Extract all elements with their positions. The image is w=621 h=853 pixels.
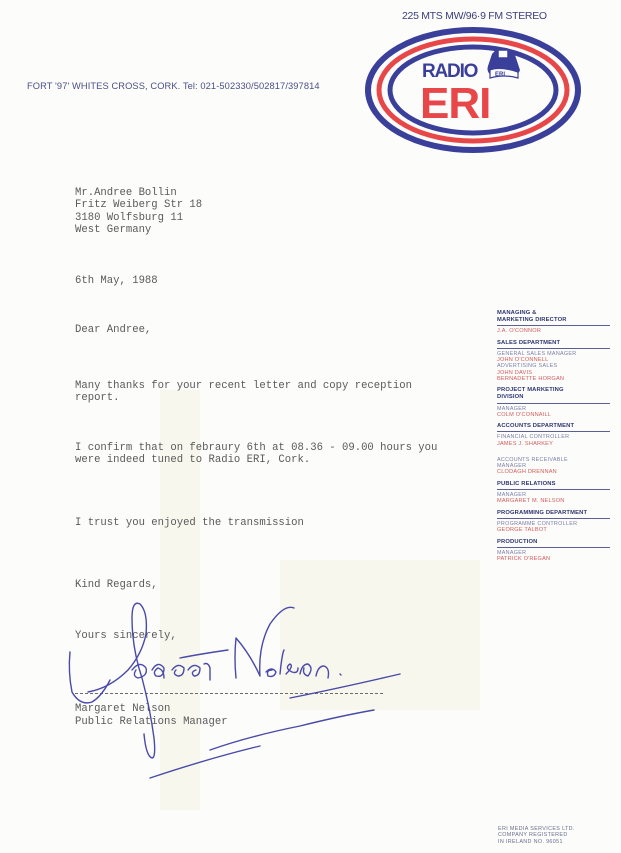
body-paragraph: I trust you enjoyed the transmission [75, 517, 304, 529]
section-production: PRODUCTION MANAGER PATRICK O'REGAN [497, 539, 610, 563]
section-title: PUBLIC RELATIONS [497, 481, 610, 490]
staff-name: J.A. O'CONNOR [497, 328, 610, 334]
section-public-relations: PUBLIC RELATIONS MANAGER MARGARET M. NEL… [497, 481, 610, 505]
staff-role: ACCOUNTS RECEIVABLE MANAGER [497, 457, 610, 469]
section-accounts: ACCOUNTS DEPARTMENT FINANCIAL CONTROLLER… [497, 423, 610, 476]
company-registration-footer: ERI MEDIA SERVICES LTD. COMPANY REGISTER… [498, 826, 575, 845]
staff-name: PATRICK O'REGAN [497, 556, 610, 562]
signature-dashed-line [75, 693, 383, 694]
section-title: SALES DEPARTMENT [497, 340, 610, 349]
letter-page: 225 MTS MW/96·9 FM STEREO FORT '97' WHIT… [0, 0, 621, 853]
svg-text:ERI: ERI [495, 72, 505, 78]
section-title: MANAGING & MARKETING DIRECTOR [497, 310, 610, 326]
section-managing-director: MANAGING & MARKETING DIRECTOR J.A. O'CON… [497, 310, 610, 335]
letter-date: 6th May, 1988 [75, 275, 158, 287]
footer-line: IN IRELAND NO. 96051 [498, 839, 575, 845]
recipient-line: Fritz Weiberg Str 18 [75, 199, 202, 211]
staff-name: GEORGE TALBOT [497, 527, 610, 533]
staff-name: COLM O'CONNAILL [497, 412, 610, 418]
signatory-title: Public Relations Manager [75, 716, 228, 728]
salutation: Dear Andree, [75, 324, 151, 336]
recipient-line: West Germany [75, 224, 151, 236]
logo-eri-text: ERI [420, 79, 490, 128]
recipient-address: Mr.Andree Bollin Fritz Weiberg Str 18 31… [75, 187, 202, 237]
staff-name: CLODAGH DRENNAN [497, 469, 610, 475]
paper-bleed-through [280, 560, 480, 710]
section-title: PROJECT MARKETING DIVISION [497, 387, 610, 403]
closing-yours-sincerely: Yours sincerely, [75, 630, 177, 642]
section-sales: SALES DEPARTMENT GENERAL SALES MANAGER J… [497, 340, 610, 383]
station-address: FORT '97' WHITES CROSS, CORK. Tel: 021-5… [27, 81, 320, 91]
section-title: PRODUCTION [497, 539, 610, 548]
body-paragraph: Many thanks for your recent letter and c… [75, 380, 412, 405]
recipient-line: 3180 Wolfsburg 11 [75, 212, 183, 224]
staff-directory: MANAGING & MARKETING DIRECTOR J.A. O'CON… [497, 310, 610, 568]
closing-kind-regards: Kind Regards, [75, 579, 158, 591]
body-paragraph: I confirm that on febraury 6th at 08.36 … [75, 442, 437, 467]
section-title: PROGRAMMING DEPARTMENT [497, 510, 610, 519]
staff-name: BERNADETTE HORGAN [497, 376, 610, 382]
footer-line: COMPANY REGISTERED [498, 832, 575, 838]
staff-name: MARGARET M. NELSON [497, 498, 610, 504]
section-project-marketing: PROJECT MARKETING DIVISION MANAGER COLM … [497, 387, 610, 418]
section-programming: PROGRAMMING DEPARTMENT PROGRAMME CONTROL… [497, 510, 610, 534]
frequency-line: 225 MTS MW/96·9 FM STEREO [402, 10, 547, 22]
section-title: ACCOUNTS DEPARTMENT [497, 423, 610, 432]
recipient-line: Mr.Andree Bollin [75, 187, 177, 199]
radio-eri-logo: ERI RADIO ERI [364, 26, 582, 154]
signatory-name: Margaret Nelson [75, 703, 170, 715]
